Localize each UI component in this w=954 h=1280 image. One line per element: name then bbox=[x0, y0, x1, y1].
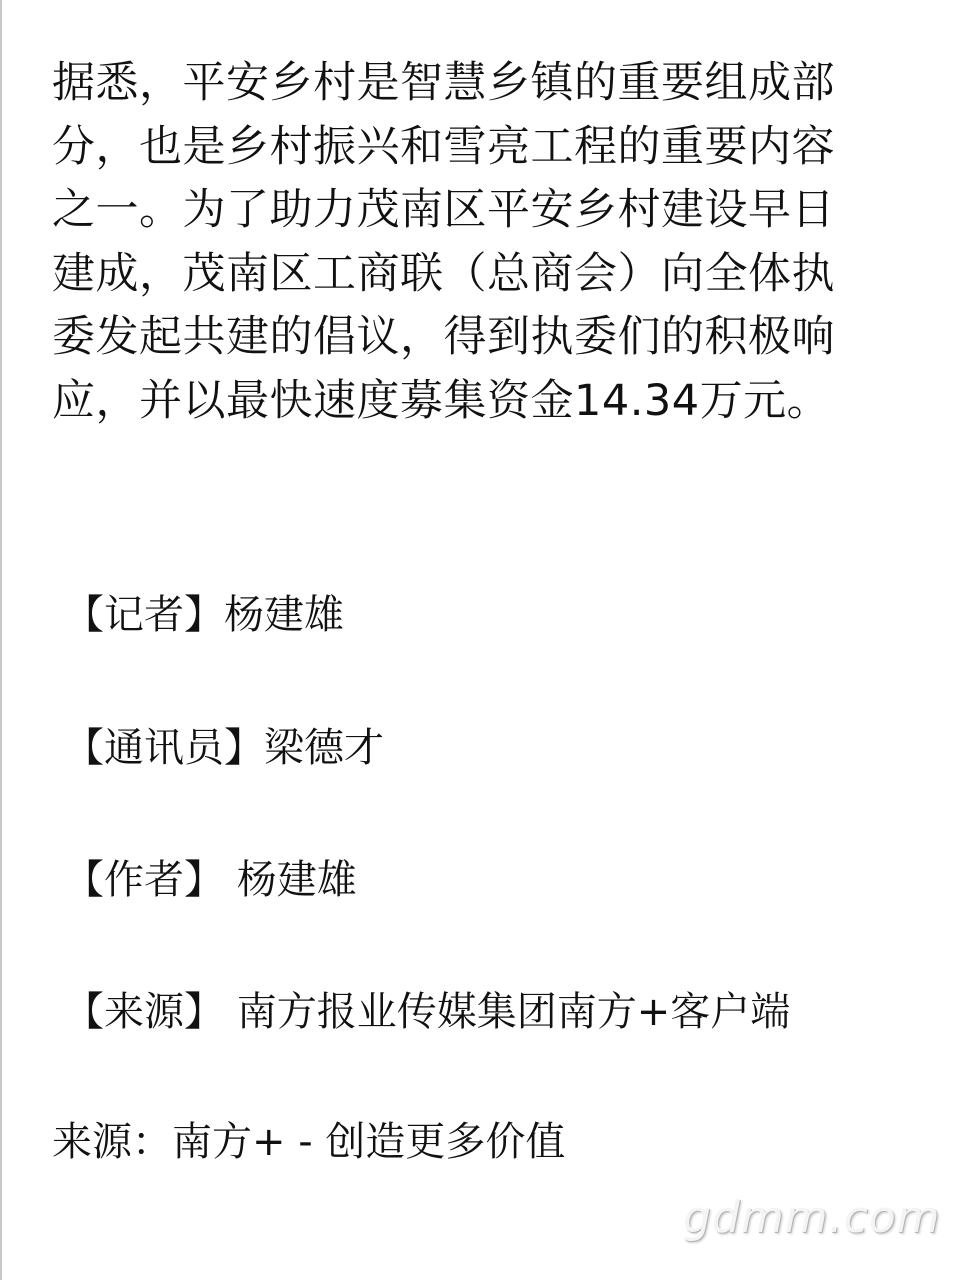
credit-value: 杨建雄 bbox=[224, 592, 344, 638]
article-body: 据悉，平安乡村是智慧乡镇的重要组成部 分，也是乡村振兴和雪亮工程的重要内容 之一… bbox=[52, 52, 912, 433]
credit-label: 【通讯员】 bbox=[64, 725, 264, 771]
credit-source: 【来源】 南方报业传媒集团南方+客户端 bbox=[64, 988, 790, 1036]
article-paragraph-line: 委发起共建的倡议，得到执委们的积极响 bbox=[52, 306, 912, 370]
source-footer: 来源：南方+ - 创造更多价值 bbox=[52, 1118, 565, 1166]
article-paragraph-line: 分，也是乡村振兴和雪亮工程的重要内容 bbox=[52, 116, 912, 180]
credit-value: 南方报业传媒集团南方+客户端 bbox=[224, 989, 790, 1035]
page-left-border bbox=[0, 0, 2, 1280]
credit-label: 【来源】 bbox=[64, 989, 224, 1035]
watermark-logo: gdmm.com bbox=[683, 1192, 941, 1243]
article-paragraph-line: 据悉，平安乡村是智慧乡镇的重要组成部 bbox=[52, 52, 912, 116]
credit-value: 杨建雄 bbox=[224, 857, 357, 903]
credit-value: 梁德才 bbox=[264, 725, 384, 771]
article-paragraph-line: 建成，茂南区工商联（总商会）向全体执 bbox=[52, 243, 912, 307]
credit-label: 【记者】 bbox=[64, 592, 224, 638]
credit-author: 【作者】 杨建雄 bbox=[64, 856, 357, 904]
credit-reporter: 【记者】杨建雄 bbox=[64, 591, 344, 639]
article-paragraph-line: 之一。为了助力茂南区平安乡村建设早日 bbox=[52, 179, 912, 243]
credit-correspondent: 【通讯员】梁德才 bbox=[64, 724, 384, 772]
credit-label: 【作者】 bbox=[64, 857, 224, 903]
article-paragraph-line: 应，并以最快速度募集资金14.34万元。 bbox=[52, 370, 912, 434]
